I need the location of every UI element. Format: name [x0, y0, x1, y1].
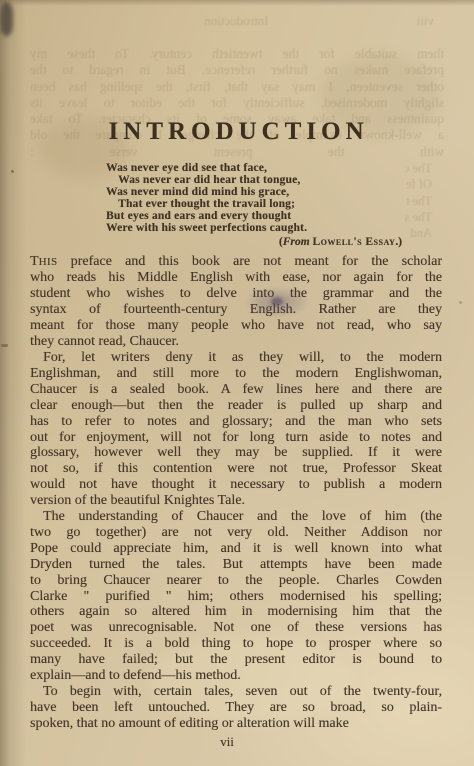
text-line: others again so altered him in modernisi… [30, 604, 442, 620]
attribution-source: Lowell's Essay [312, 236, 395, 248]
text-line: student who wishes to delve into the gra… [30, 286, 442, 302]
ink-speck [1, 344, 8, 347]
poem-line: But eyes and ears and every thought [106, 211, 442, 223]
epigraph-poem: Was never eye did see that face, Was nev… [106, 163, 442, 234]
text-line: glossary, however well they may be suppl… [30, 445, 442, 461]
ink-speck [459, 301, 462, 304]
text-line: has to refer to notes and glossary; and … [30, 414, 442, 430]
binding-edge-shadow [0, 0, 26, 766]
text-line: Pope could appreciate him, and it is wel… [30, 541, 442, 557]
text-line: The understanding of Chaucer and the lov… [30, 509, 442, 525]
attribution-close: .) [395, 236, 402, 248]
text-line: to bring Chaucer nearer to the people. C… [30, 573, 442, 589]
text-line: clear enough—but then the reader is pull… [30, 398, 442, 414]
text-line: Englishman, and still more to the modern… [30, 366, 442, 382]
text-line: Dryden turned the tales. But attempts ha… [30, 557, 442, 573]
paragraph: For, let writers deny it as they will, t… [30, 350, 442, 509]
text-line: poet was unrecognisable. Not one of thes… [30, 620, 442, 636]
book-page: viii Introduction them suitable for the … [0, 0, 474, 766]
leading-smallcaps: HIS [39, 256, 58, 268]
poem-line: Was never mind did mind his grace, [106, 187, 442, 199]
text-line: spoken, that no amount of editing or alt… [30, 716, 442, 732]
ink-smudge [244, 286, 310, 318]
text-line: would not have thought it necessary to p… [30, 477, 442, 493]
text-line: meant for those many people who have not… [30, 318, 442, 334]
page-content: INTRODUCTION Was never eye did see that … [30, 0, 442, 750]
paragraph: To begin with, certain tales, seven out … [30, 684, 442, 732]
text-line: who reads his Middle English with ease, … [30, 270, 442, 286]
text-line: not so, if this contention were not true… [30, 461, 442, 477]
text-line: Clarke " purified " him; others modernis… [30, 589, 442, 605]
corner-blotch [0, 2, 13, 36]
text-line: they cannot read, Chaucer. [30, 334, 442, 350]
paragraph: THIS preface and this book are not meant… [30, 254, 442, 350]
poem-line: Were with his sweet perfections caught. [106, 223, 442, 235]
body-paragraphs: THIS preface and this book are not meant… [30, 254, 442, 731]
text-line: two go together) are not very old. Neith… [30, 525, 442, 541]
page-title: INTRODUCTION [30, 118, 442, 146]
text-line: Chaucer is a sealed book. A few lines he… [30, 382, 442, 398]
leading-capital: T [30, 254, 39, 269]
ink-speck [11, 170, 14, 173]
text-line: To begin with, certain tales, seven out … [30, 684, 442, 700]
text-line: many have failed; but the present editor… [30, 652, 442, 668]
text-line: succeeded. It is a bold thing to hope to… [30, 636, 442, 652]
epigraph-attribution: (From Lowell's Essay.) [30, 236, 442, 248]
text-line: syntax of fourteenth-century English. Ra… [30, 302, 442, 318]
attribution-from: From [283, 236, 310, 248]
text-line: THIS preface and this book are not meant… [30, 254, 442, 270]
page-number: vii [21, 734, 433, 750]
text-line: For, let writers deny it as they will, t… [30, 350, 442, 366]
poem-line: That ever thought the travail long; [106, 199, 442, 211]
paragraph: The understanding of Chaucer and the lov… [30, 509, 442, 684]
text-line: version of the beautiful Knightes Tale. [30, 493, 442, 509]
text-line: have been left untouched. They are so br… [30, 700, 442, 716]
text-line: out for enjoyment, will not for long tur… [30, 430, 442, 446]
text-line: explain—and to defend—his method. [30, 668, 442, 684]
